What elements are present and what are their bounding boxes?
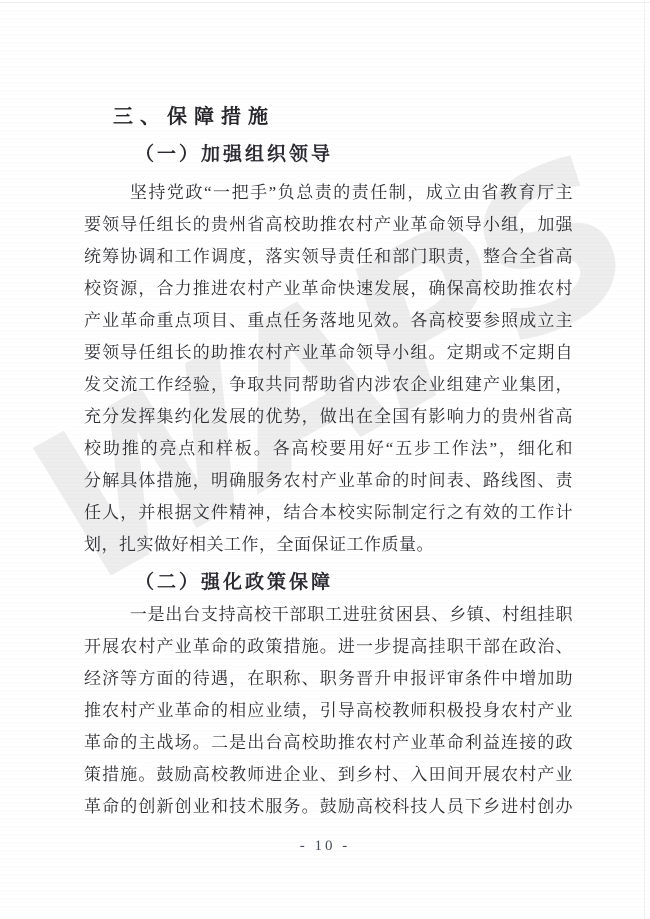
scanned-document-page: WAPS 三、保障措施 （一）加强组织领导 坚持党政“一把手”负总责的责任制，成… xyxy=(0,0,650,919)
body-line: 产业革命重点项目、重点任务落地见效。各高校要参照成立主 xyxy=(84,305,573,337)
document-body: 三、保障措施 （一）加强组织领导 坚持党政“一把手”负总责的责任制，成立由省教育… xyxy=(84,101,573,823)
body-line: 推农村产业革命的相应业绩，引导高校教师积极投身农村产业 xyxy=(84,695,573,727)
body-line: 发交流工作经验，争取共同帮助省内涉农企业组建产业集团， xyxy=(84,369,573,401)
body-line: 要领导任组长的贵州省高校助推农村产业革命领导小组，加强 xyxy=(84,209,573,241)
body-line: 划，扎实做好相关工作，全面保证工作质量。 xyxy=(84,529,573,561)
scan-edge-artifact-right xyxy=(644,0,645,919)
body-line: 要领导任组长的助推农村产业革命领导小组。定期或不定期自 xyxy=(84,337,573,369)
body-line: 统筹协调和工作调度，落实领导责任和部门职责，整合全省高 xyxy=(84,241,573,273)
subsection-heading-2: （二）强化政策保障 xyxy=(84,567,573,599)
page-number: - 10 - xyxy=(0,838,650,855)
body-line: 开展农村产业革命的政策措施。进一步提高挂职干部在政治、 xyxy=(84,631,573,663)
body-line: 一是出台支持高校干部职工进驻贫困县、乡镇、村组挂职 xyxy=(84,599,573,631)
scan-edge-artifact-top xyxy=(0,2,650,3)
section-heading-main: 三、保障措施 xyxy=(84,101,573,133)
body-line: 校助推的亮点和样板。各高校要用好“五步工作法”，细化和 xyxy=(84,433,573,465)
paragraph-2: 一是出台支持高校干部职工进驻贫困县、乡镇、村组挂职开展农村产业革命的政策措施。进… xyxy=(84,599,573,823)
subsection-heading-1: （一）加强组织领导 xyxy=(84,139,573,171)
body-line: 分解具体措施，明确服务农村产业革命的时间表、路线图、责 xyxy=(84,465,573,497)
paragraph-1: 坚持党政“一把手”负总责的责任制，成立由省教育厅主要领导任组长的贵州省高校助推农… xyxy=(84,177,573,561)
body-line: 经济等方面的待遇，在职称、职务晋升申报评审条件中增加助 xyxy=(84,663,573,695)
body-line: 校资源，合力推进农村产业革命快速发展，确保高校助推农村 xyxy=(84,273,573,305)
body-line: 革命的主战场。二是出台高校助推农村产业革命利益连接的政 xyxy=(84,727,573,759)
body-line: 革命的创新创业和技术服务。鼓励高校科技人员下乡进村创办 xyxy=(84,791,573,823)
body-line: 充分发挥集约化发展的优势，做出在全国有影响力的贵州省高 xyxy=(84,401,573,433)
body-line: 坚持党政“一把手”负总责的责任制，成立由省教育厅主 xyxy=(84,177,573,209)
body-line: 任人，并根据文件精神，结合本校实际制定行之有效的工作计 xyxy=(84,497,573,529)
body-line: 策措施。鼓励高校教师进企业、到乡村、入田间开展农村产业 xyxy=(84,759,573,791)
